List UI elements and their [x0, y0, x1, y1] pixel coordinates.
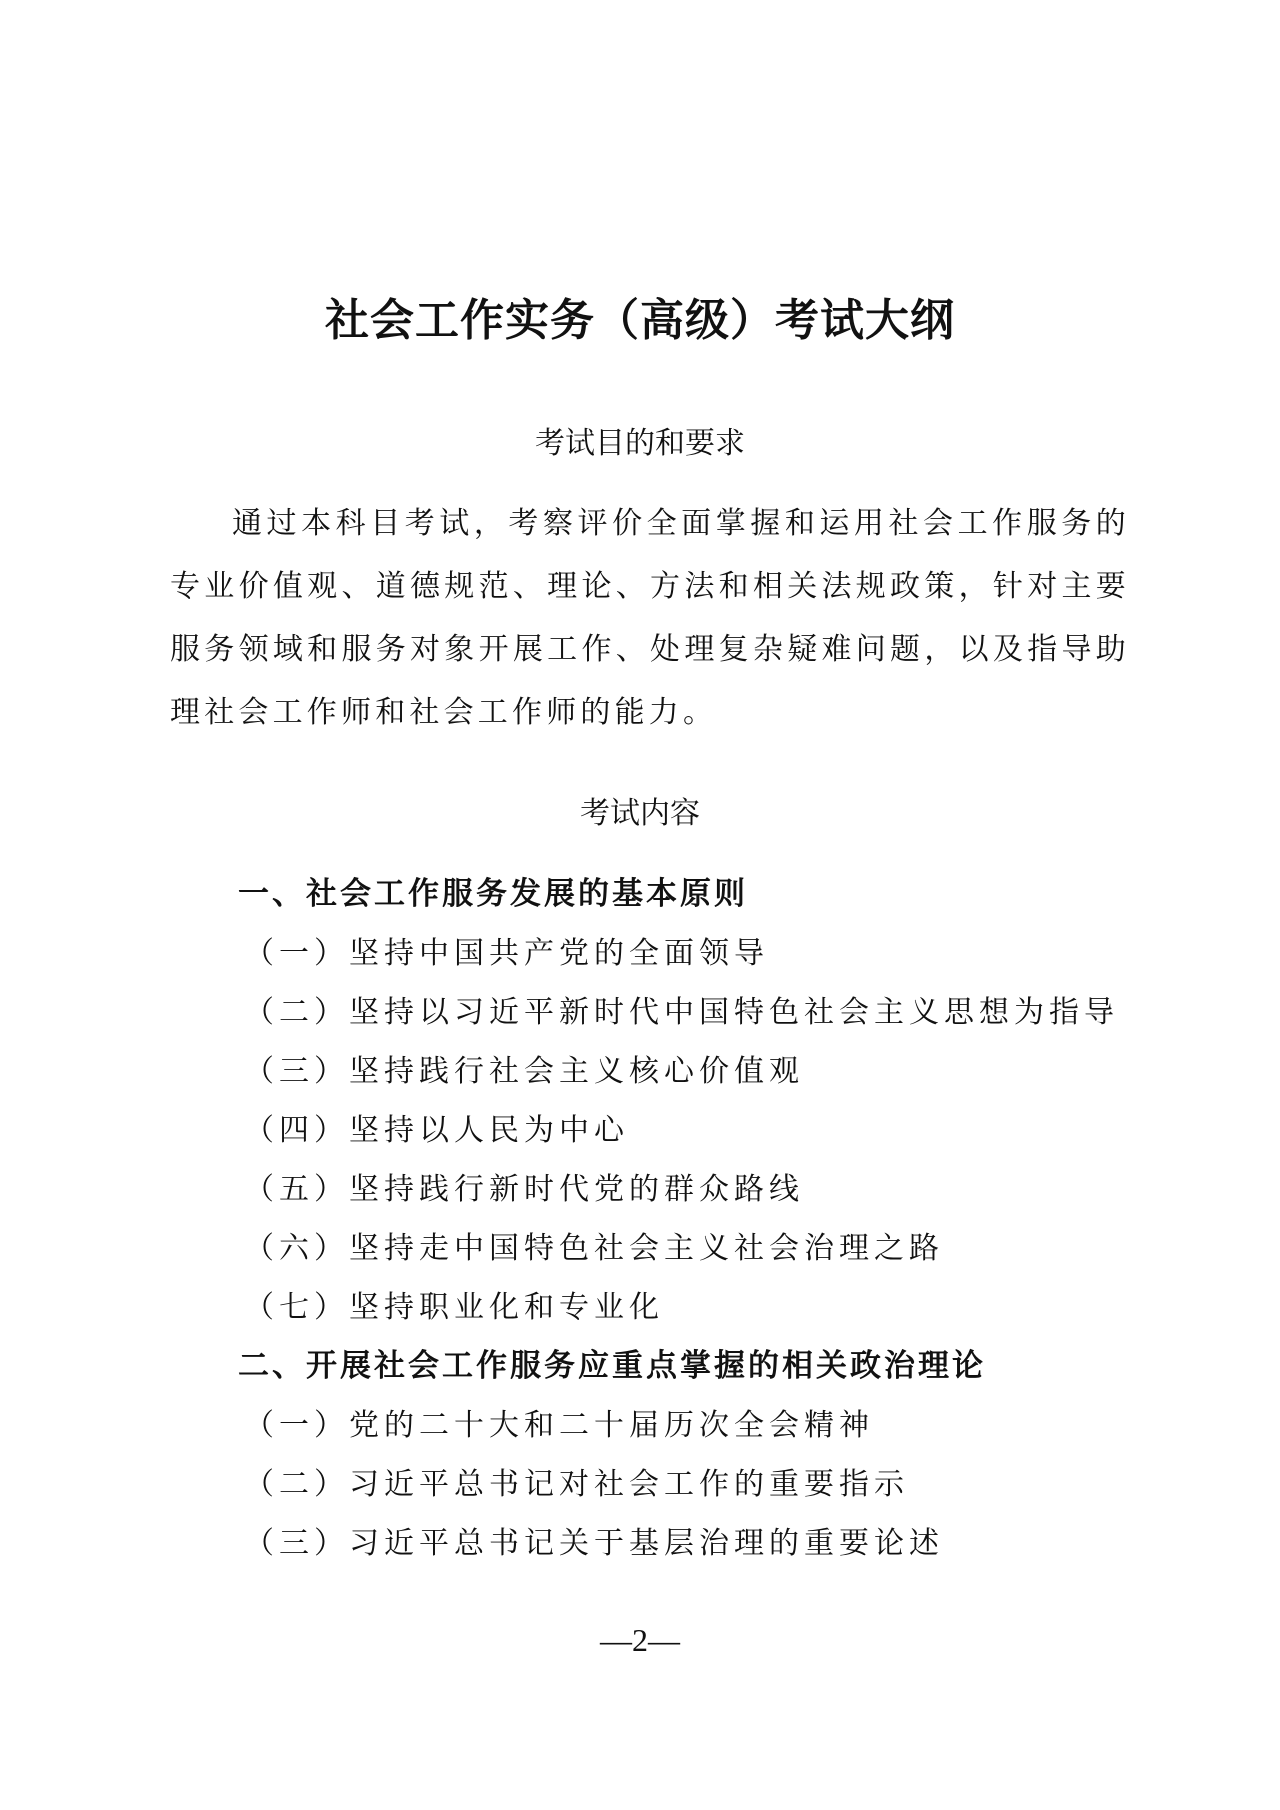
section-heading-purpose: 考试目的和要求 [0, 418, 1280, 462]
section-heading-content: 考试内容 [0, 788, 1280, 832]
chapter-1-item: （五）坚持践行新时代党的群众路线 [244, 1164, 804, 1208]
chapter-2-item: （三）习近平总书记关于基层治理的重要论述 [244, 1518, 944, 1562]
chapter-2-item: （一）党的二十大和二十届历次全会精神 [244, 1400, 874, 1444]
chapter-1-title: 一、社会工作服务发展的基本原则 [238, 868, 748, 913]
chapter-1-item: （七）坚持职业化和专业化 [244, 1282, 664, 1326]
chapter-1-item: （六）坚持走中国特色社会主义社会治理之路 [244, 1223, 944, 1267]
chapter-1-item: （二）坚持以习近平新时代中国特色社会主义思想为指导 [244, 987, 1119, 1031]
chapter-1-item: （一）坚持中国共产党的全面领导 [244, 928, 769, 972]
chapter-1-item: （三）坚持践行社会主义核心价值观 [244, 1046, 804, 1090]
chapter-2-title: 二、开展社会工作服务应重点掌握的相关政治理论 [238, 1340, 986, 1385]
purpose-paragraph: 通过本科目考试，考察评价全面掌握和运用社会工作服务的专业价值观、道德规范、理论、… [170, 492, 1130, 744]
page-number: —2— [0, 1622, 1280, 1659]
chapter-2-item: （二）习近平总书记对社会工作的重要指示 [244, 1459, 909, 1503]
document-title: 社会工作实务（高级）考试大纲 [0, 284, 1280, 348]
chapter-1-item: （四）坚持以人民为中心 [244, 1105, 629, 1149]
